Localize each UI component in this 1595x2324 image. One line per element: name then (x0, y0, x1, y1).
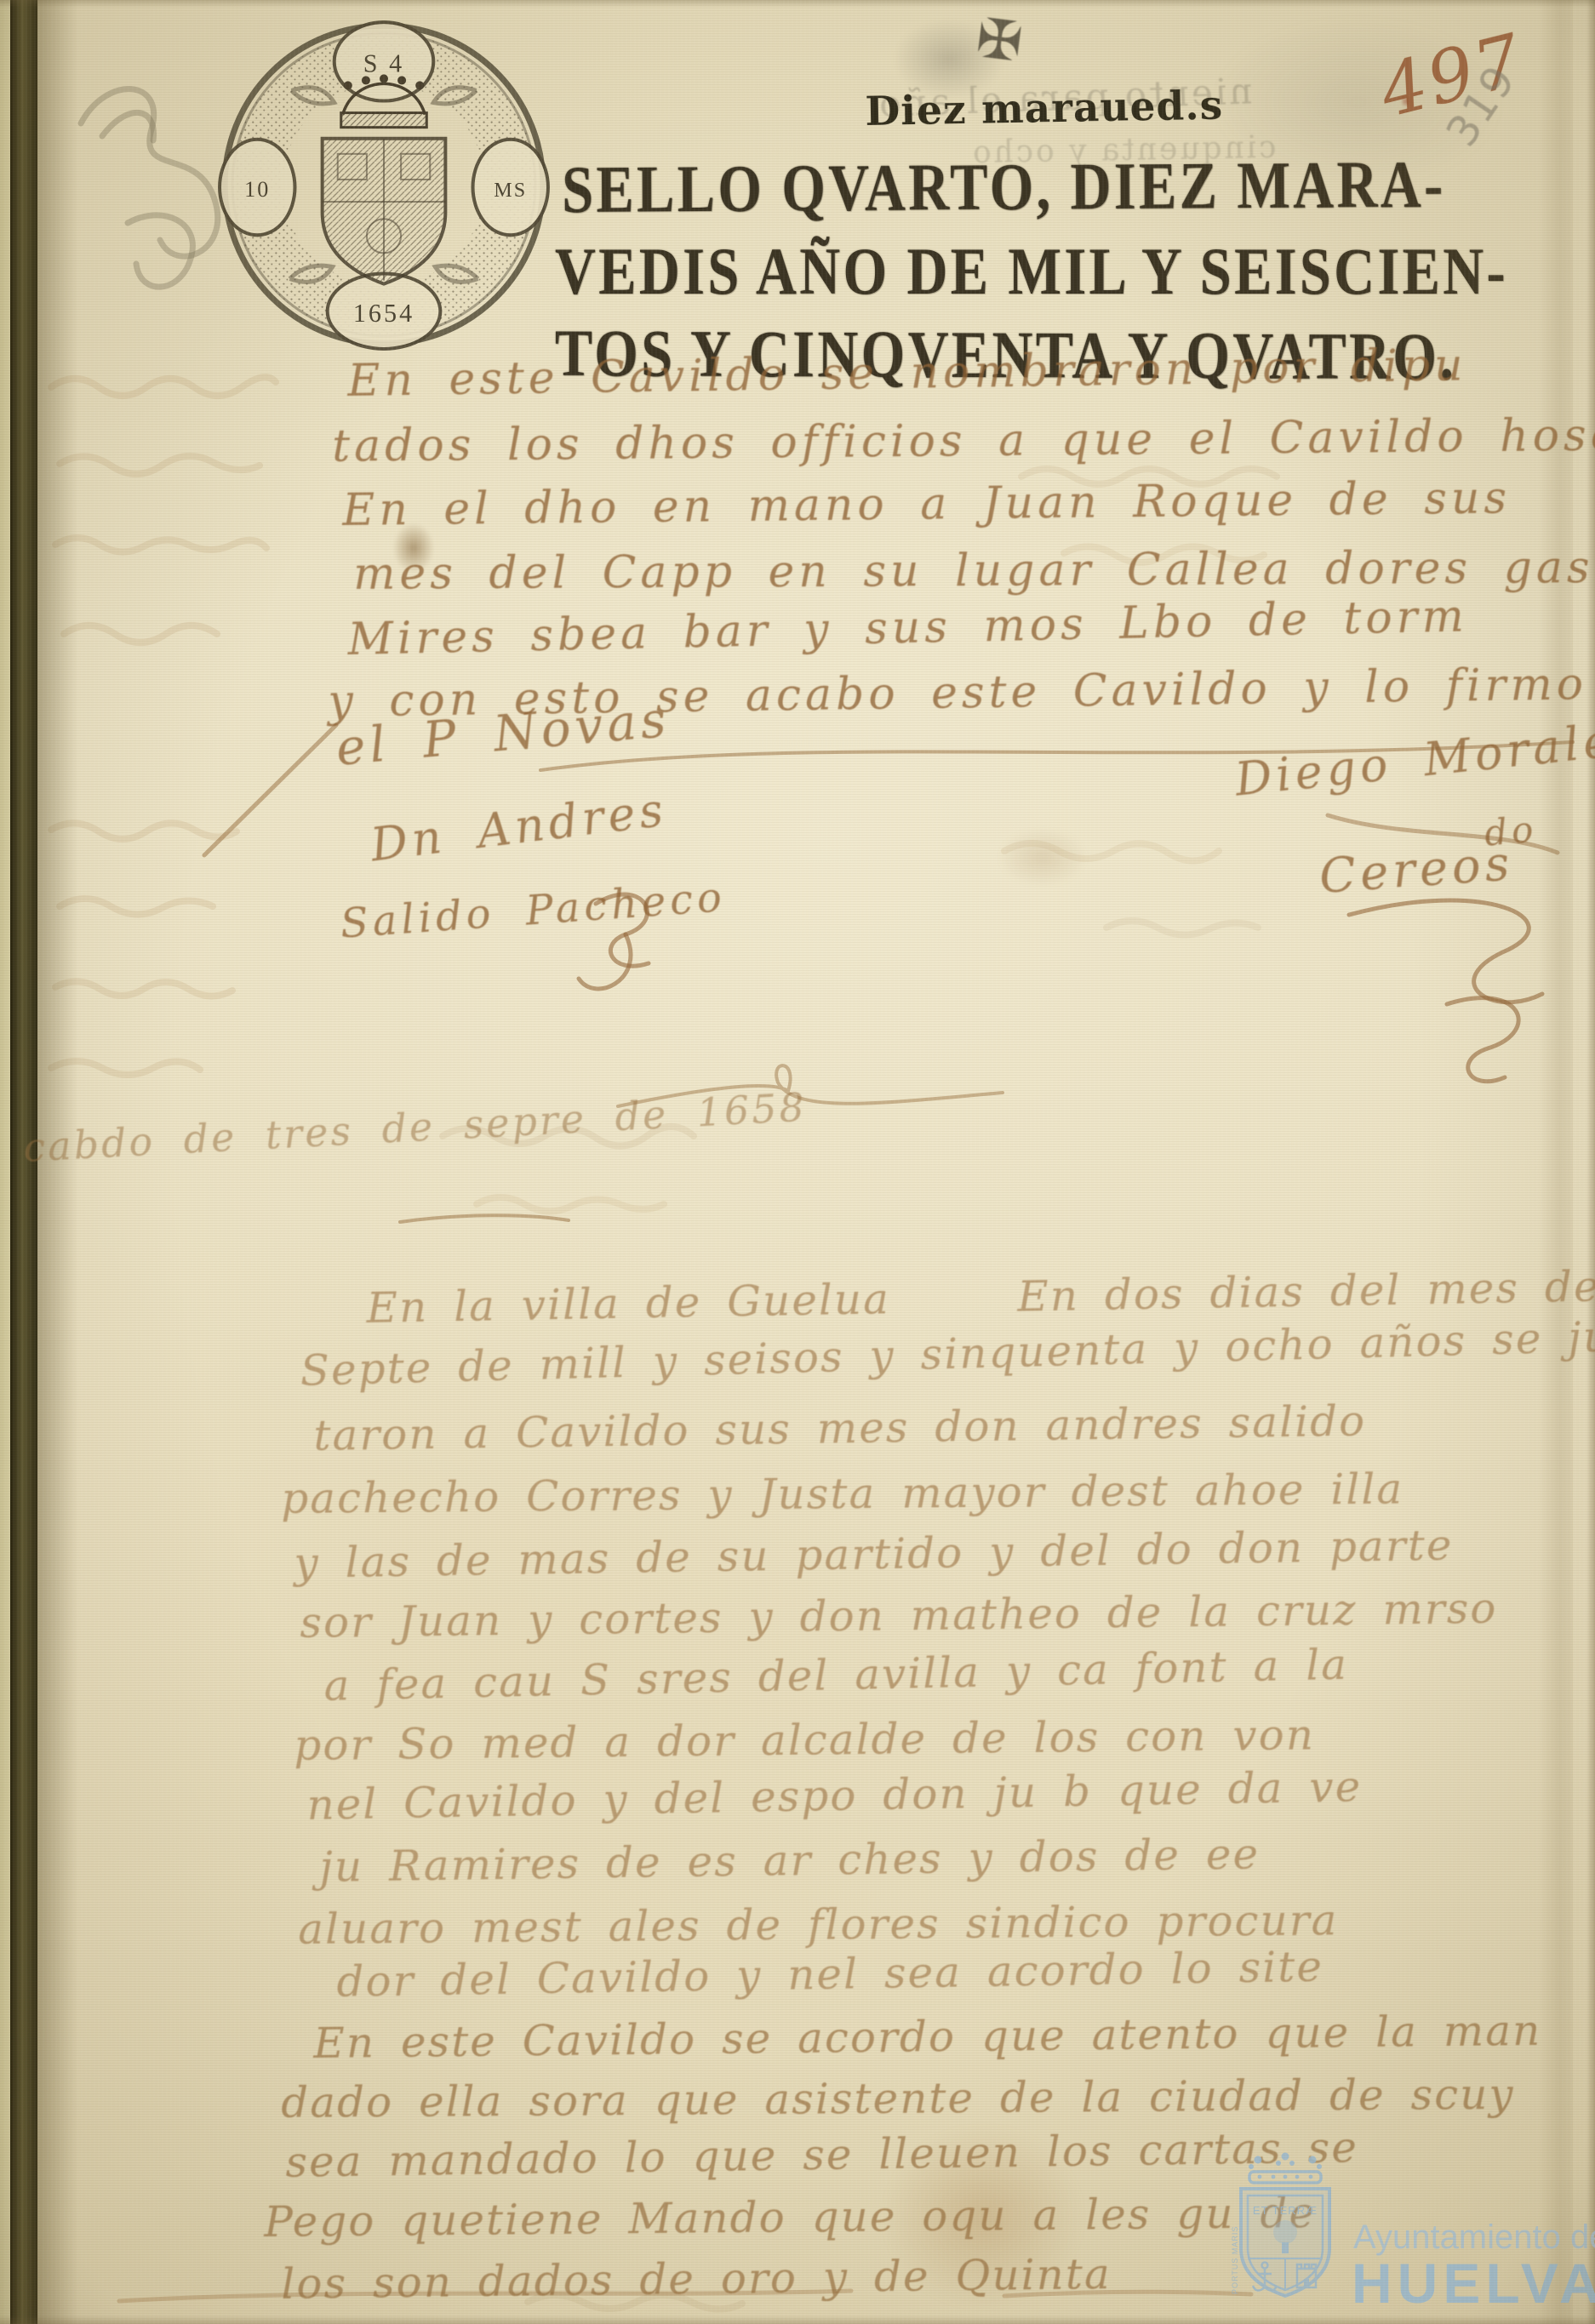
watermark-text-line1: Ayuntamiento de (1353, 2218, 1595, 2256)
seal-year: 1654 (353, 299, 414, 328)
seal-shield-icon (323, 139, 446, 284)
maltese-cross-icon: ✠ (973, 7, 1026, 75)
handwritten-line: mes del Capp en su lugar Callea dores ga… (353, 542, 1595, 600)
manuscript-page: S 4 10 MS 1654 ✠ Diez maraued.s niento p… (0, 0, 1595, 2324)
handwritten-line: Pego quetiene Mando que oqu a les gu de (264, 2188, 1316, 2247)
printed-header-line-1: SELLO QVARTO, DIEZ MARA- (562, 146, 1446, 228)
huelva-shield-icon (1241, 2153, 1329, 2297)
margin-sketch (81, 89, 218, 288)
seal-left-label: 10 (244, 177, 270, 202)
shield-motto-side: PORTUS MARIS (1231, 2226, 1239, 2294)
huelva-watermark-logo: ET TERRÆ PORTUS MARIS Ayuntamiento de HU… (1226, 2151, 1595, 2324)
handwritten-line: los son dados de oro y de Quinta (281, 2249, 1112, 2309)
royal-tax-seal-icon: S 4 10 MS 1654 (213, 12, 555, 354)
seal-right-label: MS (494, 180, 527, 202)
handwritten-line: dado ella sora que asistente de la ciuda… (281, 2070, 1515, 2127)
printed-header-line-2: VEDIS AÑO DE MIL Y SEISCIEN- (555, 233, 1508, 310)
shield-motto-top: ET TERRÆ (1253, 2204, 1318, 2217)
seal-top-label: S 4 (363, 49, 404, 77)
watermark-text-line2: HUELVA (1352, 2252, 1595, 2315)
crown-icon (1249, 2153, 1322, 2184)
handwritten-line: pachecho Corres y Justa mayor dest ahoe … (281, 1464, 1403, 1523)
tax-stamp-label: Diez maraued.s (865, 83, 1224, 135)
